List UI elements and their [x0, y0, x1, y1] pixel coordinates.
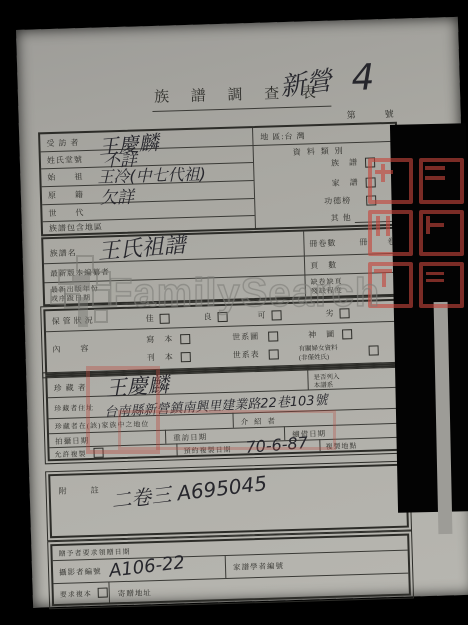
interviewee-label: 受 訪 者 — [46, 137, 79, 149]
content-ancestor-portrait: 神 圖 — [308, 329, 335, 341]
photographer-table: 贈予者要求領贈日期 攝影者編號 A106-22 家譜學者編號 要求複本 寄贈地址 — [50, 534, 411, 607]
table-line — [303, 232, 306, 297]
checkbox — [342, 329, 352, 339]
mailing-address-label: 寄贈地址 — [118, 587, 152, 599]
handwritten-sheet-number: 4 — [351, 57, 375, 99]
generations-label: 世 代 — [48, 207, 84, 219]
checkbox — [180, 334, 190, 344]
handwritten-location: 新營 — [277, 60, 334, 104]
category-item-zupu: 族 譜 — [331, 157, 358, 169]
table-line — [53, 573, 408, 585]
seal-glyph — [419, 262, 464, 308]
checkbox — [369, 345, 379, 355]
origin-label: 原 籍 — [48, 189, 84, 201]
red-stamp-outline — [118, 410, 336, 450]
checkbox — [269, 349, 279, 359]
seal-glyph — [368, 210, 413, 256]
storage-good: 佳 — [145, 313, 154, 324]
donor-request-label: 贈予者要求領贈日期 — [58, 547, 130, 559]
content-label: 內 容 — [52, 343, 94, 355]
region-label: 地 區:台 灣 — [260, 130, 306, 142]
checkbox — [98, 588, 108, 598]
publish-year-label-2: 或序跋日期 — [51, 293, 91, 304]
photographer-id-label: 攝影者編號 — [59, 566, 102, 578]
basic-info-table: 受 訪 者 王慶麟 姓氏堂號 不詳 始 祖 王冷(中七代祖) 原 籍 欠詳 世 … — [38, 122, 400, 237]
volume-info-table: 族譜名 王氏祖譜 最新版本編纂者 最新出版年份 或序跋日期 冊卷數 冊 卷 頁 … — [41, 227, 402, 307]
hall-name-label: 姓氏堂號 — [47, 154, 83, 166]
pages-label: 頁 數 — [310, 260, 337, 272]
seal-glyph — [419, 210, 464, 256]
storage-label: 保管狀況 — [52, 315, 96, 327]
keeper-label: 珍 藏 者 — [53, 382, 86, 394]
category-item-jiapu: 家 譜 — [332, 177, 359, 189]
storage-poor: 劣 — [325, 308, 334, 319]
checkbox — [268, 331, 278, 341]
missing-label-2: 殘缺程度 — [311, 285, 343, 296]
red-seal-stamp — [368, 158, 464, 308]
covered-region-label: 族譜包含地區 — [49, 222, 103, 235]
category-item-merit: 功德榜 — [324, 195, 351, 207]
origin-value: 欠詳 — [100, 183, 135, 209]
checkbox — [159, 314, 169, 324]
condition-content-table: 保管狀況 佳 良 可 劣 內 容 寫 本 世系圖 神 圖 刊 本 世系表 有關婦… — [43, 299, 404, 376]
content-printed: 刊 本 — [147, 351, 174, 363]
table-line — [108, 581, 110, 602]
table-line — [307, 369, 309, 389]
table-line — [252, 128, 256, 228]
women-data-label-2: (非僅姓氏) — [299, 352, 330, 362]
category-header: 資 料 類 別 — [293, 145, 345, 158]
volumes-label: 冊卷數 — [309, 238, 336, 250]
checkbox — [339, 308, 349, 318]
checkbox — [181, 352, 191, 362]
genealogy-title-label: 族譜名 — [49, 247, 76, 259]
number-prefix-label: 第 — [346, 108, 356, 121]
notes-value: 二卷三 A695045 — [110, 467, 269, 514]
seal-glyph — [368, 158, 413, 204]
notes-label: 附 註 — [59, 485, 107, 497]
content-pedigree-chart: 世系圖 — [232, 331, 259, 343]
content-manuscript: 寫 本 — [146, 333, 173, 345]
allow-copy-label: 允許複製 — [54, 449, 86, 460]
seal-glyph — [368, 262, 413, 308]
number-suffix-label: 號 — [384, 107, 394, 120]
first-ancestor-label: 始 祖 — [47, 171, 83, 183]
seal-glyph — [419, 158, 464, 204]
film-date-label: 拍攝日期 — [55, 435, 89, 447]
editor-label: 最新版本編纂者 — [50, 266, 110, 279]
listed-in-pedigree-label-2: 本譜系 — [314, 380, 334, 390]
category-other-label: 其 他 — [331, 212, 352, 224]
scan-background: 族 譜 調 查 表 新營 4 第 號 受 訪 者 王慶麟 姓氏堂號 不詳 始 祖… — [0, 0, 468, 625]
table-line — [225, 555, 227, 578]
checkbox — [271, 310, 281, 320]
checkbox — [217, 312, 227, 322]
content-pedigree-table: 世系表 — [233, 349, 260, 361]
copy-request-label: 要求複本 — [60, 589, 92, 600]
notes-table: 附 註 二卷三 A695045 — [48, 464, 409, 539]
storage-fine: 良 — [203, 311, 212, 322]
storage-ok: 可 — [257, 310, 266, 321]
genealogist-id-label: 家譜學者編號 — [233, 560, 284, 573]
